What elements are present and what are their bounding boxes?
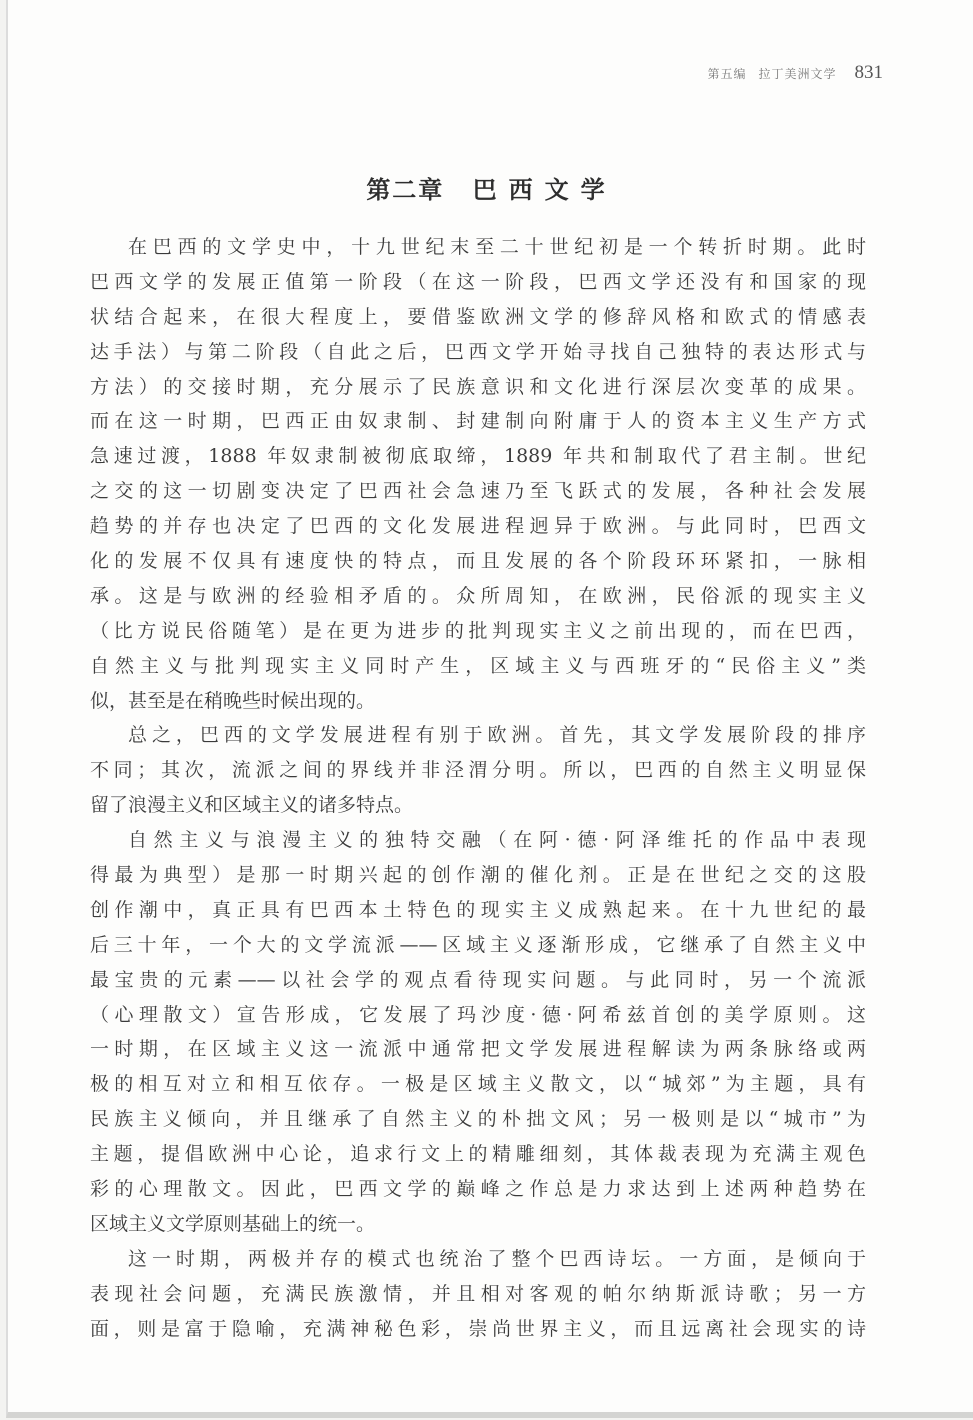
text-line: 之交的这一切剧变决定了巴西社会急速乃至飞跃式的发展，各种社会发展 [90,474,866,509]
running-header: 第五编 拉丁美洲文学 831 [707,62,883,84]
chapter-title: 第二章 巴西文学 [8,170,973,205]
text-line: 得最为典型）是那一时期兴起的创作潮的催化剂。正是在世纪之交的这股 [90,858,866,893]
text-line: 急速过渡，1888 年奴隶制被彻底取缔，1889 年共和制取代了君主制。世纪 [90,439,866,474]
chapter-number: 第二章 [366,175,444,204]
text-line: 最宝贵的元素——以社会学的观点看待现实问题。与此同时，另一个流派 [90,963,866,998]
text-line: （比方说民俗随笔）是在更为进步的批判现实主义之前出现的，而在巴西， [90,614,866,649]
text-line: （心理散文）宣告形成，它发展了玛沙度·德·阿希兹首创的美学原则。这 [90,998,866,1033]
text-line: 民族主义倾向，并且继承了自然主义的朴拙文风；另一极则是以“城市”为 [90,1102,866,1137]
text-line: 化的发展不仅具有速度快的特点，而且发展的各个阶段环环紧扣，一脉相 [90,544,866,579]
text-line: 趋势的并存也决定了巴西的文化发展进程迥异于欧洲。与此同时，巴西文 [90,509,866,544]
text-line: 在巴西的文学史中，十九世纪末至二十世纪初是一个转折时期。此时 [90,230,866,265]
text-line: 创作潮中，真正具有巴西本土特色的现实主义成熟起来。在十九世纪的最 [90,893,866,928]
section-label: 拉丁美洲文学 [758,65,836,82]
text-line: 方法）的交接时期，充分展示了民族意识和文化进行深层次变革的成果。 [90,370,866,405]
text-line: 极的相互对立和相互依存。一极是区域主义散文，以“城郊”为主题，具有 [90,1067,866,1102]
text-line: 表现社会问题，充满民族激情，并且相对客观的帕尔纳斯派诗歌；另一方 [90,1277,866,1312]
paragraph: 总之，巴西的文学发展进程有别于欧洲。首先，其文学发展阶段的排序 不同；其次，流派… [90,718,866,823]
text-line: 巴西文学的发展正值第一阶段（在这一阶段，巴西文学还没有和国家的现 [90,265,866,300]
text-line: 总之，巴西的文学发展进程有别于欧洲。首先，其文学发展阶段的排序 [90,718,866,753]
text-line: 不同；其次，流派之间的界线并非泾渭分明。所以，巴西的自然主义明显保 [90,753,866,788]
chapter-name: 巴西文学 [473,175,617,204]
paragraph: 这一时期，两极并存的模式也统治了整个巴西诗坛。一方面，是倾向于 表现社会问题，充… [90,1242,866,1347]
text-line: 自然主义与浪漫主义的独特交融（在阿·德·阿泽维托的作品中表现 [90,823,866,858]
text-line: 主题，提倡欧洲中心论，追求行文上的精雕细刻，其体裁表现为充满主观色 [90,1137,866,1172]
text-line: 区域主义文学原则基础上的统一。 [90,1207,866,1242]
text-line: 这一时期，两极并存的模式也统治了整个巴西诗坛。一方面，是倾向于 [90,1242,866,1277]
text-line: 状结合起来，在很大程度上，要借鉴欧洲文学的修辞风格和欧式的情感表 [90,300,866,335]
paragraph: 在巴西的文学史中，十九世纪末至二十世纪初是一个转折时期。此时 巴西文学的发展正值… [90,230,866,718]
text-line: 面，则是富于隐喻，充满神秘色彩，崇尚世界主义，而且远离社会现实的诗 [90,1312,866,1347]
text-line: 承。这是与欧洲的经验相矛盾的。众所周知，在欧洲，民俗派的现实主义 [90,579,866,614]
body-text: 在巴西的文学史中，十九世纪末至二十世纪初是一个转折时期。此时 巴西文学的发展正值… [90,230,866,1347]
book-page: 第五编 拉丁美洲文学 831 第二章 巴西文学 在巴西的文学史中，十九世纪末至二… [6,0,973,1418]
paragraph: 自然主义与浪漫主义的独特交融（在阿·德·阿泽维托的作品中表现 得最为典型）是那一… [90,823,866,1242]
page-number: 831 [855,62,884,84]
text-line: 留了浪漫主义和区域主义的诸多特点。 [90,788,866,823]
part-label: 第五编 [707,65,746,82]
text-line: 一时期，在区域主义这一流派中通常把文学发展进程解读为两条脉络或两 [90,1032,866,1067]
text-line: 后三十年，一个大的文学流派——区域主义逐渐形成，它继承了自然主义中 [90,928,866,963]
text-line: 自然主义与批判现实主义同时产生，区域主义与西班牙的“民俗主义”类 [90,649,866,684]
text-line: 似，甚至是在稍晚些时候出现的。 [90,684,866,719]
text-line: 彩的心理散文。因此，巴西文学的巅峰之作总是力求达到上述两种趋势在 [90,1172,866,1207]
text-line: 达手法）与第二阶段（自此之后，巴西文学开始寻找自己独特的表达形式与 [90,335,866,370]
text-line: 而在这一时期，巴西正由奴隶制、封建制向附庸于人的资本主义生产方式 [90,404,866,439]
